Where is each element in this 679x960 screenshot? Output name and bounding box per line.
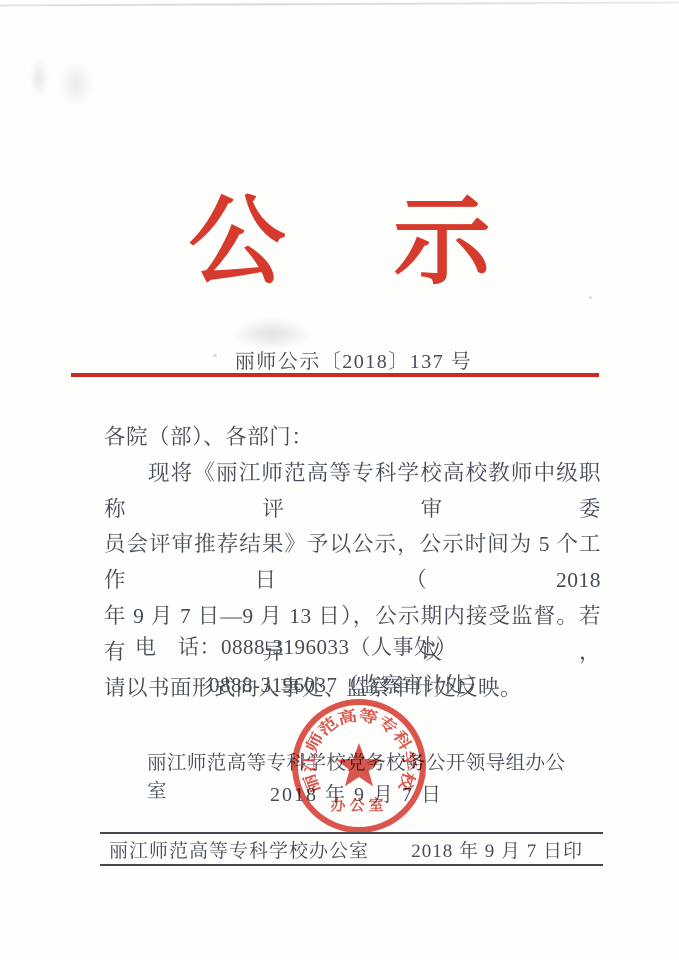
body-line: 员会评审推荐结果》予以公示，公示时间为 5 个工作日（2018 <box>104 527 601 599</box>
official-seal: 丽江师范高等专科学校 办公室 <box>289 696 429 836</box>
seal-office-text: 办公室 <box>330 796 387 814</box>
notice-title: 公 示 <box>0 194 679 291</box>
body-line: 现将《丽江师范高等专科学校高校教师中级职称评审委 <box>104 456 601 528</box>
scanned-notice-page: 公 示 丽师公示〔2018〕137 号 各院（部）、各部门： 现将《丽江师范高等… <box>0 0 679 960</box>
title-char: 示 <box>394 194 491 291</box>
phone-line: 电 话：0888-3196033（人事处） <box>135 629 488 667</box>
salutation: 各院（部）、各部门： <box>104 420 601 456</box>
contact-phones: 电 话：0888-3196033（人事处） 0888-3196037（监察审计处… <box>135 629 488 704</box>
title-char: 公 <box>189 194 286 291</box>
scan-speck <box>589 296 592 299</box>
pencil-smudge <box>58 62 94 106</box>
scanner-edge-artifact <box>0 2 679 6</box>
pencil-smudge <box>30 58 48 98</box>
document-number: 丽师公示〔2018〕137 号 <box>0 345 679 374</box>
red-divider-rule <box>71 373 599 377</box>
footer-print-date: 2018 年 9 月 7 日印 <box>411 836 583 863</box>
seal-star-icon <box>336 743 382 786</box>
footer-record-bar: 丽江师范高等专科学校办公室 2018 年 9 月 7 日印 <box>100 832 603 866</box>
footer-issuer: 丽江师范高等专科学校办公室 <box>109 836 369 863</box>
